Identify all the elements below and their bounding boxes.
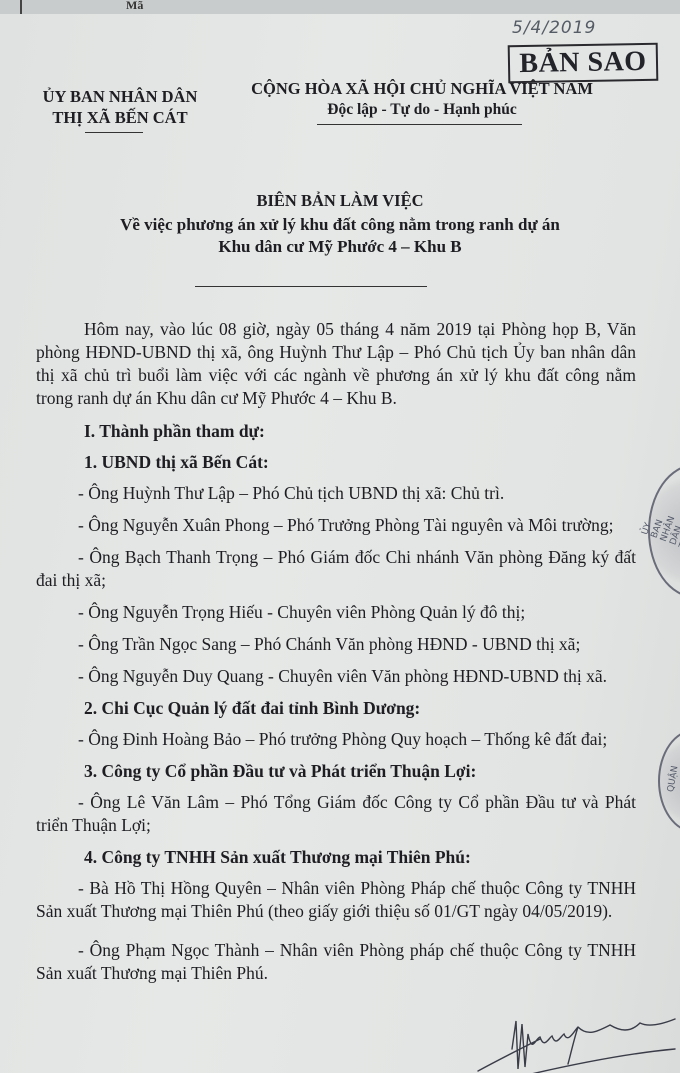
issuer-underline [85, 132, 143, 133]
group-heading: 1. UBND thị xã Bến Cát: [36, 451, 636, 474]
attendee-item: - Ông Đinh Hoàng Bảo – Phó trưởng Phòng … [36, 728, 636, 751]
group-heading: 2. Chi Cục Quản lý đất đai tỉnh Bình Dươ… [36, 697, 636, 720]
attendee-item: - Ông Nguyễn Xuân Phong – Phó Trưởng Phò… [36, 514, 636, 537]
group-heading: 4. Công ty TNHH Sản xuất Thương mại Thiê… [36, 846, 636, 869]
underlying-sheet-line [20, 0, 22, 14]
attendee-item: - Ông Phạm Ngọc Thành – Nhân viên Phòng … [36, 939, 636, 985]
attendee-item: - Ông Nguyễn Trọng Hiếu - Chuyên viên Ph… [36, 601, 636, 624]
underlying-sheet: Mã [0, 0, 680, 15]
title-subtitle-1: Về việc phương án xử lý khu đất công nằm… [40, 214, 640, 236]
motto-underline [317, 124, 522, 125]
intro-paragraph: Hôm nay, vào lúc 08 giờ, ngày 05 tháng 4… [36, 318, 636, 410]
group-heading: 3. Công ty Cổ phần Đầu tư và Phát triển … [36, 760, 636, 783]
attendee-item: - Bà Hồ Thị Hồng Quyên – Nhân viên Phòng… [36, 877, 636, 923]
attendee-item: - Ông Huỳnh Thư Lập – Phó Chủ tịch UBND … [36, 482, 636, 505]
title-divider [195, 286, 427, 287]
underlying-sheet-text: Mã [126, 0, 143, 13]
attendee-item: - Ông Lê Văn Lâm – Phó Tổng Giám đốc Côn… [36, 791, 636, 837]
section-heading-attendees: I. Thành phần tham dự: [36, 420, 636, 443]
issuer-line-2: THỊ XÃ BẾN CÁT [30, 107, 210, 128]
attendee-item: - Ông Trần Ngọc Sang – Phó Chánh Văn phò… [36, 633, 636, 656]
national-header: CỘNG HÒA XÃ HỘI CHỦ NGHĨA VIỆT NAM Độc l… [232, 78, 612, 120]
title-subtitle-2: Khu dân cư Mỹ Phước 4 – Khu B [40, 236, 640, 258]
attendee-item: - Ông Nguyễn Duy Quang - Chuyên viên Văn… [36, 665, 636, 688]
signature-icon [470, 1009, 680, 1073]
document-body: Hôm nay, vào lúc 08 giờ, ngày 05 tháng 4… [36, 318, 636, 994]
document-page: 5/4/2019 BẢN SAO ỦY BAN NHÂN DÂN THỊ XÃ … [0, 14, 680, 1073]
attendee-item: - Ông Bạch Thanh Trọng – Phó Giám đốc Ch… [36, 546, 636, 592]
national-header-line-1: CỘNG HÒA XÃ HỘI CHỦ NGHĨA VIỆT NAM [232, 78, 612, 99]
title-main: BIÊN BẢN LÀM VIỆC [40, 188, 640, 214]
document-title: BIÊN BẢN LÀM VIỆC Về việc phương án xử l… [40, 188, 640, 258]
national-header-line-2: Độc lập - Tự do - Hạnh phúc [232, 99, 612, 120]
issuer-header: ỦY BAN NHÂN DÂN THỊ XÃ BẾN CÁT [30, 86, 210, 128]
issuer-line-1: ỦY BAN NHÂN DÂN [30, 86, 210, 107]
handwritten-date: 5/4/2019 [512, 18, 596, 38]
